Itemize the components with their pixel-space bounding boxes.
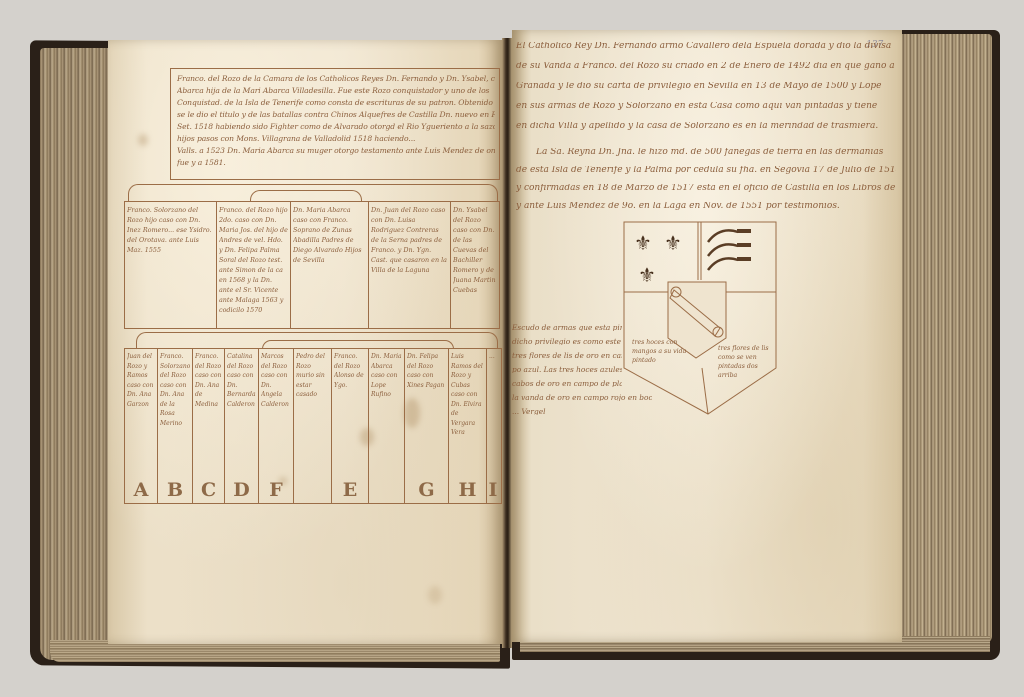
text-line: La Sa. Reyna Dn. Jna. le hizo md. de 500… xyxy=(536,148,896,157)
person-cell: Luis Ramos del Rozo y Cubas caso con Dn.… xyxy=(449,349,487,503)
person-cell: Franco. del Rozo hijo 2do. caso con Dn. … xyxy=(217,202,291,328)
stain xyxy=(428,586,442,604)
header-line: Franco. del Rozo de la Camara de los Cat… xyxy=(177,75,495,83)
branch-letter: F xyxy=(259,479,293,501)
svg-text:⚜: ⚜ xyxy=(634,231,652,255)
text-line: de su Vanda a Franco. del Rozo su criado… xyxy=(516,62,896,71)
margin-note-line: cabos de oro en campo de plata xyxy=(512,380,622,387)
header-line: hijos pasos con Mons. Villagrana de Vall… xyxy=(177,135,495,143)
person-cell: Pedro del Rozo murio sin estar casado xyxy=(294,349,332,503)
branch-letter: C xyxy=(193,479,224,501)
shield-note-right: tres flores de lis como se ven pintadas … xyxy=(718,344,778,380)
text-line: en sus armas de Rozo y Solorzano en esta… xyxy=(516,102,896,111)
branch-letter: H xyxy=(449,479,486,501)
svg-text:⚜: ⚜ xyxy=(664,231,682,255)
text-line: y ante Luis Mendez de 9o. en la Laga en … xyxy=(516,202,896,211)
branch-letter: I xyxy=(487,479,499,501)
text-line: Granada y le dio su carta de privilegio … xyxy=(516,82,896,91)
person-cell: Marcos del Rozo caso con Dn. Angela Cald… xyxy=(259,349,294,503)
svg-text:⚜: ⚜ xyxy=(638,263,656,287)
margin-note-line: Escudo de armas que esta pintado xyxy=(512,324,622,331)
person-cell: Juan del Rozo y Ramos caso con Dn. Ana G… xyxy=(125,349,158,503)
branch-letter: E xyxy=(332,479,368,501)
genealogy-generation-2: Juan del Rozo y Ramos caso con Dn. Ana G… xyxy=(124,348,502,504)
stain xyxy=(138,134,148,146)
person-cell: Franco. del Rozo Alonso de Ygo.E xyxy=(332,349,369,503)
person-cell: Dn. Maria Abarca caso con Franco. Sopran… xyxy=(291,202,369,328)
person-cell: Franco. del Rozo caso con Dn. Ana de Med… xyxy=(193,349,225,503)
page-edges-right xyxy=(900,34,992,644)
person-cell: ...I xyxy=(487,349,499,503)
shield-icon: ⚜ ⚜ ⚜ xyxy=(620,218,780,418)
header-line: se le dio el titulo y de las batallas co… xyxy=(177,111,495,119)
text-line: de esta Isla de Tenerife y la Palma por … xyxy=(516,166,896,175)
text-line: El Catholico Rey Dn. Fernando armo Caval… xyxy=(516,42,896,51)
branch-letter: B xyxy=(158,479,192,501)
person-cell: Franco. Solorzano del Rozo hijo caso con… xyxy=(125,202,217,328)
margin-note-line: tres flores de lis de oro en cam- xyxy=(512,352,622,359)
shield-note-left: tres hoces con mangos a su vida pintado xyxy=(632,338,692,365)
person-cell: Dn. Felipa del Rozo caso con Xines Pagan… xyxy=(405,349,449,503)
branch-letter: D xyxy=(225,479,258,501)
person-cell: Dn. Ysabel del Rozo caso con Dn. de las … xyxy=(451,202,499,328)
header-line: fue y a 1581. xyxy=(177,159,495,167)
person-cell: Catalina del Rozo caso con Dn. Bernarda … xyxy=(225,349,259,503)
header-line: Abarca hija de la Mari Abarca Villadesil… xyxy=(177,87,495,95)
margin-note-line: po azul. Las tres hoces azules con xyxy=(512,366,622,373)
header-line: Conquistad. de la Isla de Tenerife como … xyxy=(177,99,495,107)
book-gutter xyxy=(502,38,512,648)
tree-bracket xyxy=(250,190,362,201)
branch-letter: G xyxy=(405,479,448,501)
text-line: y confirmadas en 18 de Marzo de 1517 est… xyxy=(516,184,896,193)
header-line: Set. 1518 habiendo sido Fighter como de … xyxy=(177,123,495,131)
person-cell: Dn. Juan del Rozo caso con Dn. Luisa Rod… xyxy=(369,202,451,328)
person-cell: Franco. Solorzano del Rozo caso con Dn. … xyxy=(158,349,193,503)
margin-note-line: dicho privilegio es como este xyxy=(512,338,622,345)
coat-of-arms-shield: ⚜ ⚜ ⚜ xyxy=(620,218,780,418)
branch-letter: A xyxy=(125,479,157,501)
text-line: en dicha Villa y apellido y la casa de S… xyxy=(516,122,896,131)
margin-note-line: ... Vergel xyxy=(512,408,622,415)
header-line: Valls. a 1523 Dn. Maria Abarca su muger … xyxy=(177,147,495,155)
genealogy-header-box: Franco. del Rozo de la Camara de los Cat… xyxy=(170,68,500,180)
open-manuscript-book: Franco. del Rozo de la Camara de los Cat… xyxy=(0,0,1024,697)
genealogy-generation-1: Franco. Solorzano del Rozo hijo caso con… xyxy=(124,201,500,329)
person-cell: Dn. Maria Abarca caso con Lope Rufino xyxy=(369,349,405,503)
